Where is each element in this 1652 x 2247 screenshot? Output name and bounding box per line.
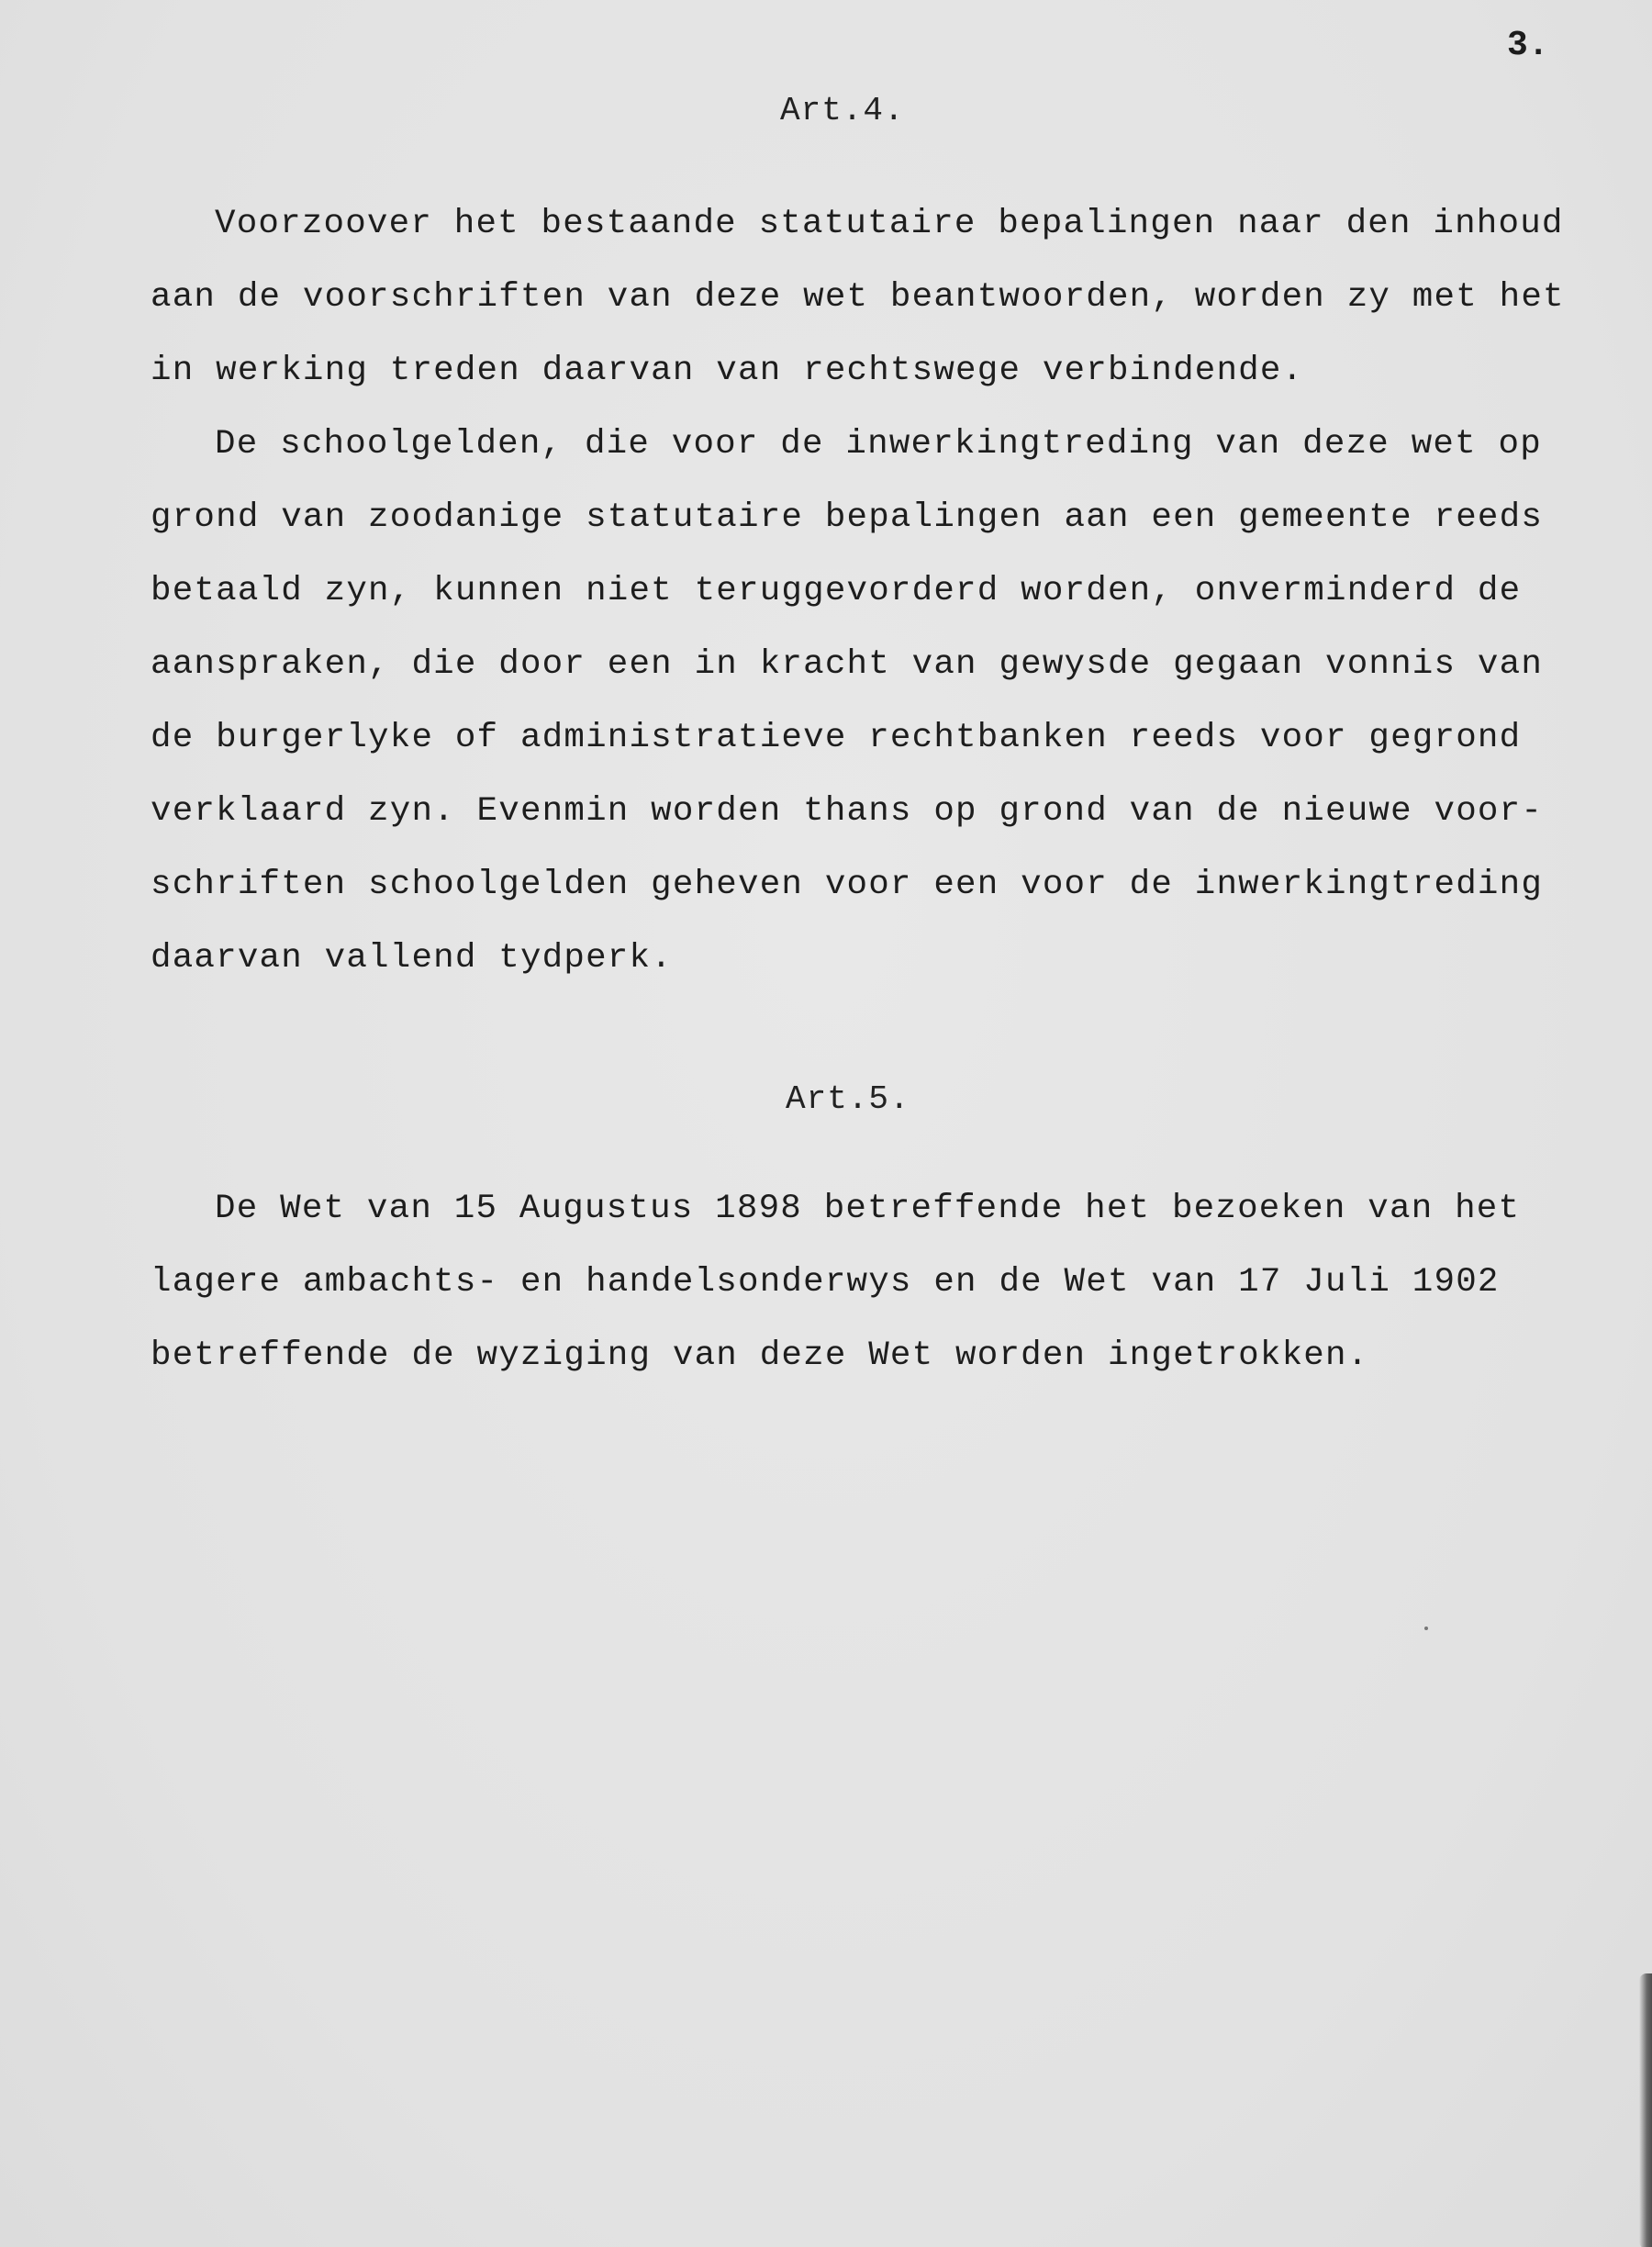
- scanned-page: 3. Art.4. Voorzoover het bestaande statu…: [0, 0, 1652, 2247]
- article-5-paragraph-1: De Wet van 15 Augustus 1898 betreffende …: [151, 1172, 1637, 1392]
- text-line: aan de voorschriften van deze wet beantw…: [151, 261, 1637, 334]
- page-number: 3.: [1507, 26, 1549, 65]
- paper-speck: [1424, 1627, 1428, 1630]
- text-line: betreffende de wyziging van deze Wet wor…: [151, 1319, 1637, 1392]
- page-edge-shadow: [1639, 1973, 1652, 2247]
- text-line: in werking treden daarvan van rechtswege…: [151, 334, 1637, 408]
- text-line: grond van zoodanige statutaire bepalinge…: [151, 481, 1637, 554]
- article-4-paragraph-1: Voorzoover het bestaande statutaire bepa…: [151, 187, 1637, 408]
- text-line: daarvan vallend tydperk.: [151, 922, 1637, 995]
- text-line: Voorzoover het bestaande statutaire bepa…: [151, 187, 1637, 261]
- text-line: De schoolgelden, die voor de inwerkingtr…: [151, 408, 1637, 481]
- text-line: de burgerlyke of administratieve rechtba…: [151, 701, 1637, 775]
- text-line: De Wet van 15 Augustus 1898 betreffende …: [151, 1172, 1637, 1246]
- text-line: betaald zyn, kunnen niet teruggevorderd …: [151, 554, 1637, 628]
- text-line: schriften schoolgelden geheven voor een …: [151, 848, 1637, 922]
- text-line: aanspraken, die door een in kracht van g…: [151, 628, 1637, 701]
- article-5-heading: Art.5.: [786, 1080, 910, 1118]
- text-line: verklaard zyn. Evenmin worden thans op g…: [151, 775, 1637, 848]
- text-line: lagere ambachts- en handelsonderwys en d…: [151, 1246, 1637, 1319]
- article-4-paragraph-2: De schoolgelden, die voor de inwerkingtr…: [151, 408, 1637, 995]
- article-4-heading: Art.4.: [780, 92, 905, 129]
